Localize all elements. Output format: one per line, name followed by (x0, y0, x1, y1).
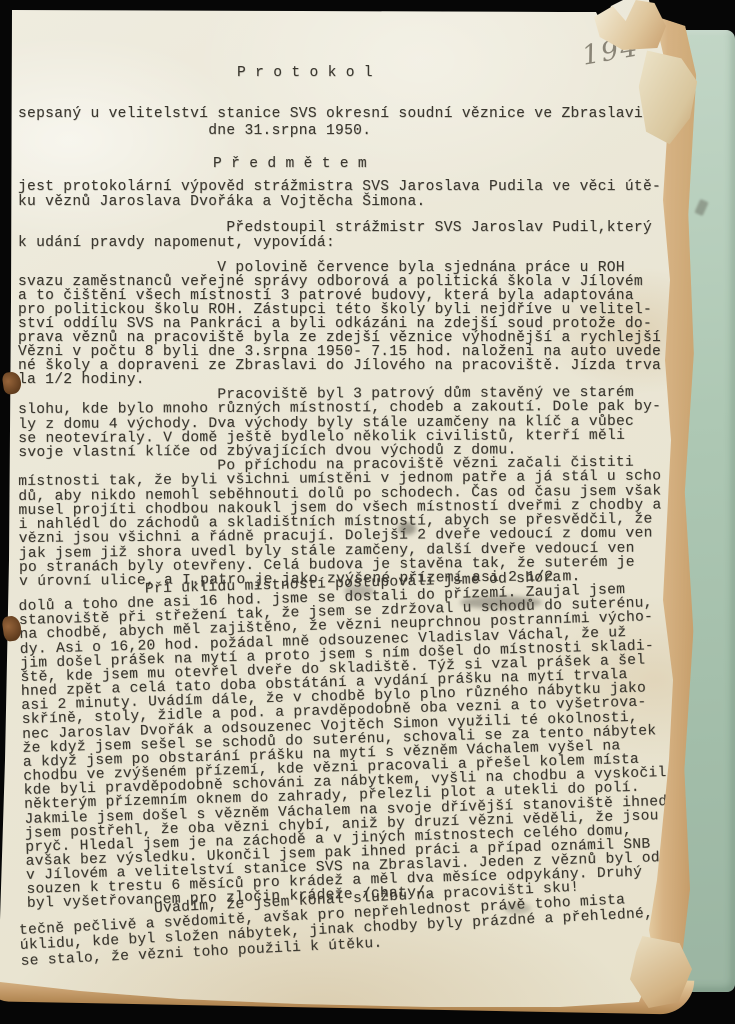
scanned-document: P r o t o k o l sepsaný u velitelství st… (0, 0, 735, 1024)
paragraph-work-agreement: V polovině července byla sjednána práce … (18, 261, 661, 387)
ink-smudge (505, 903, 531, 914)
ink-smudge (460, 596, 542, 609)
paragraph-cleaning-guard: Po příchodu na pracoviště vězni začali č… (18, 455, 662, 589)
section-heading: P ř e d m ě t e m (213, 155, 367, 173)
paragraph-building-description: Pracoviště byl 3 patrový dům stavěný ve … (18, 386, 661, 461)
subject-paragraph: jest protokolární výpověd strážmistra SV… (18, 180, 661, 210)
ink-smudge (398, 522, 416, 535)
document-page: P r o t o k o l sepsaný u velitelství st… (0, 0, 735, 1024)
intro-lines: sepsaný u velitelství stanice SVS okresn… (18, 106, 643, 139)
ink-smudge (344, 585, 374, 597)
document-title: P r o t o k o l (237, 64, 373, 82)
paragraph-escape-account: Při úklidu místností postupovali jsme od… (18, 568, 670, 911)
testimony-intro-paragraph: Předstoupil strážmistr SVS Jaroslav Pudi… (18, 221, 652, 251)
